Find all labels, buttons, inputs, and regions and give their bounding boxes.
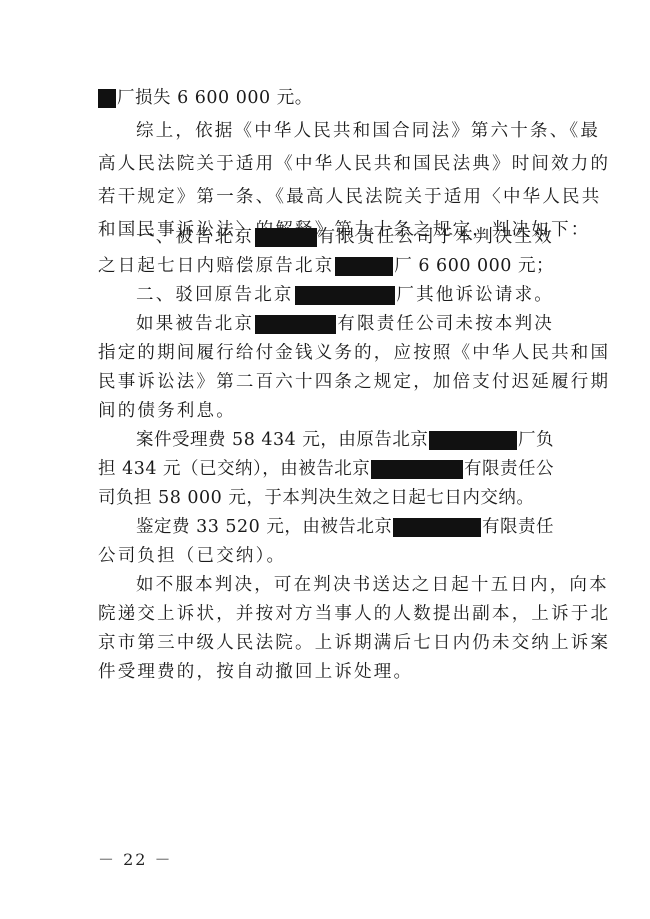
text-line: 若干规定》第一条、《最高人民法院关于适用〈中华人民共	[98, 183, 554, 211]
text-segment: 厂负	[518, 426, 554, 454]
redaction-block	[429, 431, 517, 450]
text-segment: 如不服本判决，可在判决书送达之日起十五日内，向本	[136, 571, 609, 599]
text-segment: 京市第三中级人民法院。上诉期满后七日内仍未交纳上诉案	[98, 629, 610, 657]
text-line: 间的债务利息。	[98, 397, 554, 425]
judgment-item-2: 二、驳回原告北京 厂其他诉讼请求。	[98, 281, 554, 309]
text-segment: 件受理费的，按自动撤回上诉处理。	[98, 658, 413, 686]
text-segment: 间的债务利息。	[98, 397, 236, 425]
text-line: 京市第三中级人民法院。上诉期满后七日内仍未交纳上诉案	[98, 629, 554, 657]
text-segment: 指定的期间履行给付金钱义务的，应按照《中华人民共和国	[98, 339, 610, 367]
text-segment: 院递交上诉状，并按对方当事人的人数提出副本，上诉于北	[98, 600, 610, 628]
text-line: 如果被告北京 有限责任公司未按本判决	[98, 310, 554, 338]
page-number: － 22 －	[98, 847, 173, 870]
text-segment: 有限责任公司于本判决生效	[318, 223, 554, 251]
text-segment: 有限责任公司未按本判决	[337, 310, 554, 338]
redaction-block	[255, 228, 316, 247]
text-segment: 有限责任	[482, 513, 554, 541]
text-line: 如不服本判决，可在判决书送达之日起十五日内，向本	[98, 571, 554, 599]
redaction-block	[371, 460, 463, 479]
text-line: 之日起七日内赔偿原告北京 厂 6 600 000 元；	[98, 252, 554, 280]
text-segment: 公司负担（已交纳）。	[98, 542, 286, 570]
text-segment: 之日起七日内赔偿原告北京	[98, 252, 334, 280]
text-segment: 如果被告北京	[136, 310, 254, 338]
document-page: 厂损失 6 600 000 元。 综上，依据《中华人民共和国合同法》第六十条、《…	[0, 0, 650, 919]
text-line: 院递交上诉状，并按对方当事人的人数提出副本，上诉于北	[98, 600, 554, 628]
text-line: 民事诉讼法》第二百六十四条之规定，加倍支付迟延履行期	[98, 368, 554, 396]
text-segment: 厂 6 600 000 元；	[394, 252, 554, 280]
text-segment: 担 434 元（已交纳），由被告北京	[98, 455, 370, 483]
text-line: 公司负担（已交纳）。	[98, 542, 554, 570]
text-line: 鉴定费 33 520 元，由被告北京 有限责任	[98, 513, 554, 541]
text-segment: 厂其他诉讼请求。	[396, 281, 554, 309]
redaction-block	[255, 315, 336, 334]
text-segment: 有限责任公	[464, 455, 554, 483]
redaction-block	[335, 257, 393, 276]
text-line: 指定的期间履行给付金钱义务的，应按照《中华人民共和国	[98, 339, 554, 367]
text-segment: 综上，依据《中华人民共和国合同法》第六十条、《最	[136, 117, 600, 145]
redaction-block	[295, 286, 396, 305]
text-line: 高人民法院关于适用《中华人民共和国民法典》时间效力的	[98, 150, 554, 178]
text-line: 件受理费的，按自动撤回上诉处理。	[98, 658, 554, 686]
text-line: 综上，依据《中华人民共和国合同法》第六十条、《最	[98, 117, 554, 145]
redaction-block	[98, 89, 116, 108]
text-segment: 案件受理费 58 434 元，由原告北京	[136, 426, 428, 454]
text-segment: 二、驳回原告北京	[136, 281, 294, 309]
text-segment: 若干规定》第一条、《最高人民法院关于适用〈中华人民共	[98, 183, 601, 211]
text-segment: 一、被告北京	[136, 223, 254, 251]
text-segment: 高人民法院关于适用《中华人民共和国民法典》时间效力的	[98, 150, 610, 178]
text-segment: 民事诉讼法》第二百六十四条之规定，加倍支付迟延履行期	[98, 368, 610, 396]
redaction-block	[393, 518, 481, 537]
text-segment: 厂损失 6 600 000 元。	[117, 84, 313, 112]
text-line: 案件受理费 58 434 元，由原告北京 厂负	[98, 426, 554, 454]
text-segment: 司负担 58 000 元，于本判决生效之日起七日内交纳。	[98, 484, 534, 512]
judgment-item-1: 一、被告北京 有限责任公司于本判决生效	[98, 223, 554, 251]
text-line: 担 434 元（已交纳），由被告北京 有限责任公	[98, 455, 554, 483]
text-line: 厂损失 6 600 000 元。	[98, 84, 554, 112]
text-segment: 鉴定费 33 520 元，由被告北京	[136, 513, 392, 541]
text-line: 司负担 58 000 元，于本判决生效之日起七日内交纳。	[98, 484, 554, 512]
